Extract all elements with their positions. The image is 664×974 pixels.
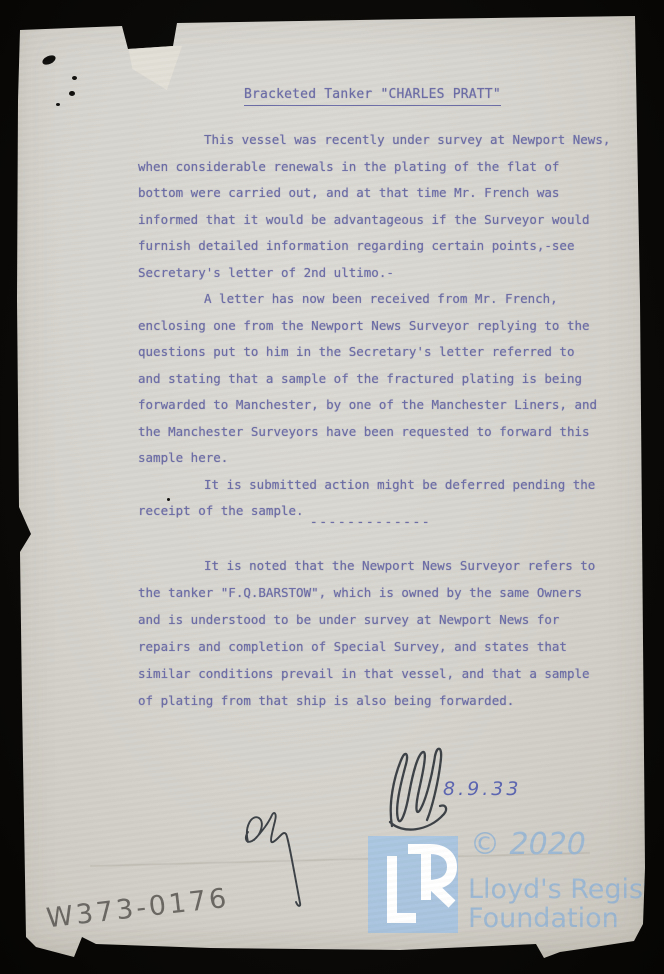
typed-line: the Manchester Surveyors have been reque… xyxy=(138,419,616,446)
paper-hole xyxy=(41,53,57,66)
paper-hole xyxy=(69,91,75,96)
typed-line: A letter has now been received from Mr. … xyxy=(138,286,616,313)
typed-line: It is submitted action might be deferred… xyxy=(138,472,616,499)
typed-line: and is understood to be under survey at … xyxy=(138,606,616,633)
typed-line: Secretary's letter of 2nd ultimo.- xyxy=(138,260,616,287)
paper-hole xyxy=(56,103,60,106)
typed-line: informed that it would be advantageous i… xyxy=(138,207,616,234)
typed-line: enclosing one from the Newport News Surv… xyxy=(138,313,616,340)
typed-line: of plating from that ship is also being … xyxy=(138,687,616,714)
typed-line: furnish detailed information regarding c… xyxy=(138,233,616,260)
document-paper: Bracketed Tanker "CHARLES PRATT" This ve… xyxy=(0,0,664,974)
letter-body: This vessel was recently under survey at… xyxy=(138,127,616,525)
typed-line: similar conditions prevail in that vesse… xyxy=(138,660,616,687)
typed-line: repairs and completion of Special Survey… xyxy=(138,633,616,660)
letter-closing: It is noted that the Newport News Survey… xyxy=(138,552,616,714)
typed-line: sample here. xyxy=(138,445,616,472)
signature-paraph-icon xyxy=(236,808,316,908)
watermark-org-line1: Lloyd's Register xyxy=(468,874,664,905)
typed-line: This vessel was recently under survey at… xyxy=(138,127,616,154)
typed-line: and stating that a sample of the fractur… xyxy=(138,366,616,393)
typed-line: the tanker "F.Q.BARSTOW", which is owned… xyxy=(138,579,616,606)
tape-residue xyxy=(128,46,182,90)
signature-initials-icon xyxy=(382,742,452,832)
typed-line: It is noted that the Newport News Survey… xyxy=(138,552,616,579)
typed-line: forwarded to Manchester, by one of the M… xyxy=(138,392,616,419)
reference-code: W373-0176 xyxy=(45,883,231,935)
lr-logo xyxy=(368,836,458,933)
lr-logo-glyph-icon xyxy=(368,836,458,933)
typed-line: questions put to him in the Secretary's … xyxy=(138,339,616,366)
separator-dashes: ------------- xyxy=(138,515,603,530)
date-stamp: 8.9.33 xyxy=(443,778,521,800)
watermark-copyright: © 2020 xyxy=(470,827,586,862)
typed-line: when considerable renewals in the platin… xyxy=(138,154,616,181)
watermark-org-line2: Foundation xyxy=(468,903,619,934)
typed-line: bottom were carried out, and at that tim… xyxy=(138,180,616,207)
letter-title: Bracketed Tanker "CHARLES PRATT" xyxy=(244,87,501,106)
paper-hole xyxy=(72,76,77,80)
